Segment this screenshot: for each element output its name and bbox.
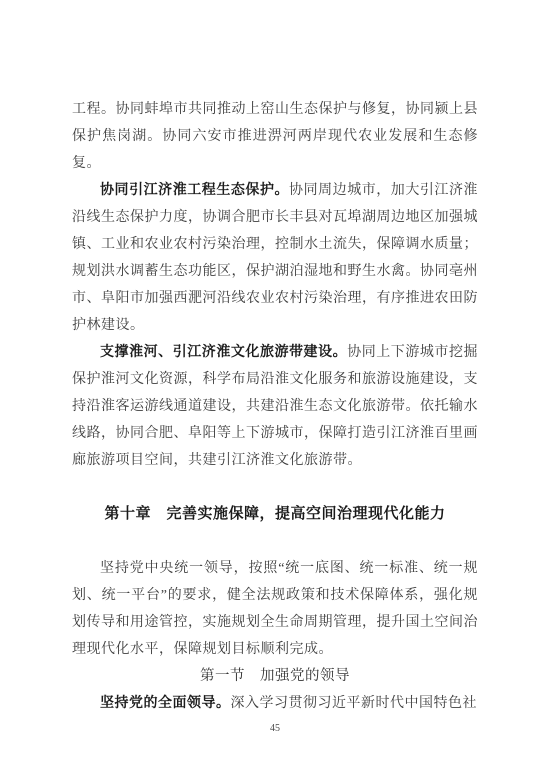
paragraph-text: 深入学习贯彻习近平新时代中国特色社 <box>231 696 478 711</box>
paragraph-text: 坚持党中央统一领导，按照“统一底图、统一标准、统一规划、统一平台”的要求，健全法… <box>72 561 478 657</box>
chapter-heading: 第十章 完善实施保障，提高空间治理现代化能力 <box>72 500 478 527</box>
paragraph-lead: 支撑淮河、引江济淮文化旅游带建设。 <box>100 345 347 360</box>
paragraph-eco-protection: 协同引江济淮工程生态保护。协同周边城市，加大引江济淮沿线生态保护力度，协调合肥市… <box>72 177 478 339</box>
paragraph-text: 协同周边城市，加大引江济淮沿线生态保护力度，协调合肥市长丰县对瓦埠湖周边地区加强… <box>72 183 478 333</box>
paragraph-party-leadership: 坚持党的全面领导。深入学习贯彻习近平新时代中国特色社 <box>72 690 478 717</box>
document-page: 工程。协同蚌埠市共同推动上窑山生态保护与修复，协同颍上县保护焦岗湖。协同六安市推… <box>0 0 550 777</box>
paragraph-implementation: 坚持党中央统一领导，按照“统一底图、统一标准、统一规划、统一平台”的要求，健全法… <box>72 555 478 663</box>
page-number: 45 <box>0 722 550 736</box>
page-content: 工程。协同蚌埠市共同推动上窑山生态保护与修复，协同颍上县保护焦岗湖。协同六安市推… <box>72 96 478 717</box>
section-heading: 第一节 加强党的领导 <box>72 663 478 690</box>
paragraph-text: 工程。协同蚌埠市共同推动上窑山生态保护与修复，协同颍上县保护焦岗湖。协同六安市推… <box>72 102 478 171</box>
paragraph-lead: 协同引江济淮工程生态保护。 <box>100 183 289 198</box>
paragraph-lead: 坚持党的全面领导。 <box>100 696 231 711</box>
paragraph-text: 协同上下游城市挖掘保护淮河文化资源，科学布局沿淮文化服务和旅游设施建设，支持沿淮… <box>72 345 478 468</box>
paragraph-continuation: 工程。协同蚌埠市共同推动上窑山生态保护与修复，协同颍上县保护焦岗湖。协同六安市推… <box>72 96 478 177</box>
paragraph-culture-tourism: 支撑淮河、引江济淮文化旅游带建设。协同上下游城市挖掘保护淮河文化资源，科学布局沿… <box>72 339 478 474</box>
